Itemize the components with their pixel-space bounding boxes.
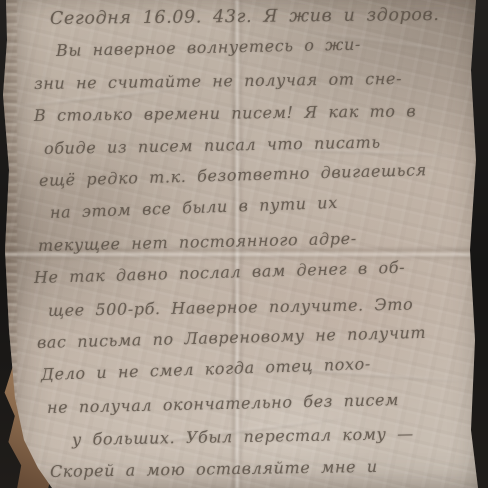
letter-paper: Сегодня 16.09. 43г. Я жив и здоров.Вы на… [0, 0, 488, 488]
letter-text: Сегодня 16.09. 43г. Я жив и здоров.Вы на… [34, 3, 468, 488]
letter-line: Скорей а мою оставляйте мне и [50, 450, 468, 488]
letter-photograph: Сегодня 16.09. 43г. Я жив и здоров.Вы на… [0, 0, 488, 488]
letter-line: Вы наверное волнуетесь о жи- [56, 27, 469, 68]
letter-line: зни не считайте не получая от сне- [34, 62, 468, 100]
